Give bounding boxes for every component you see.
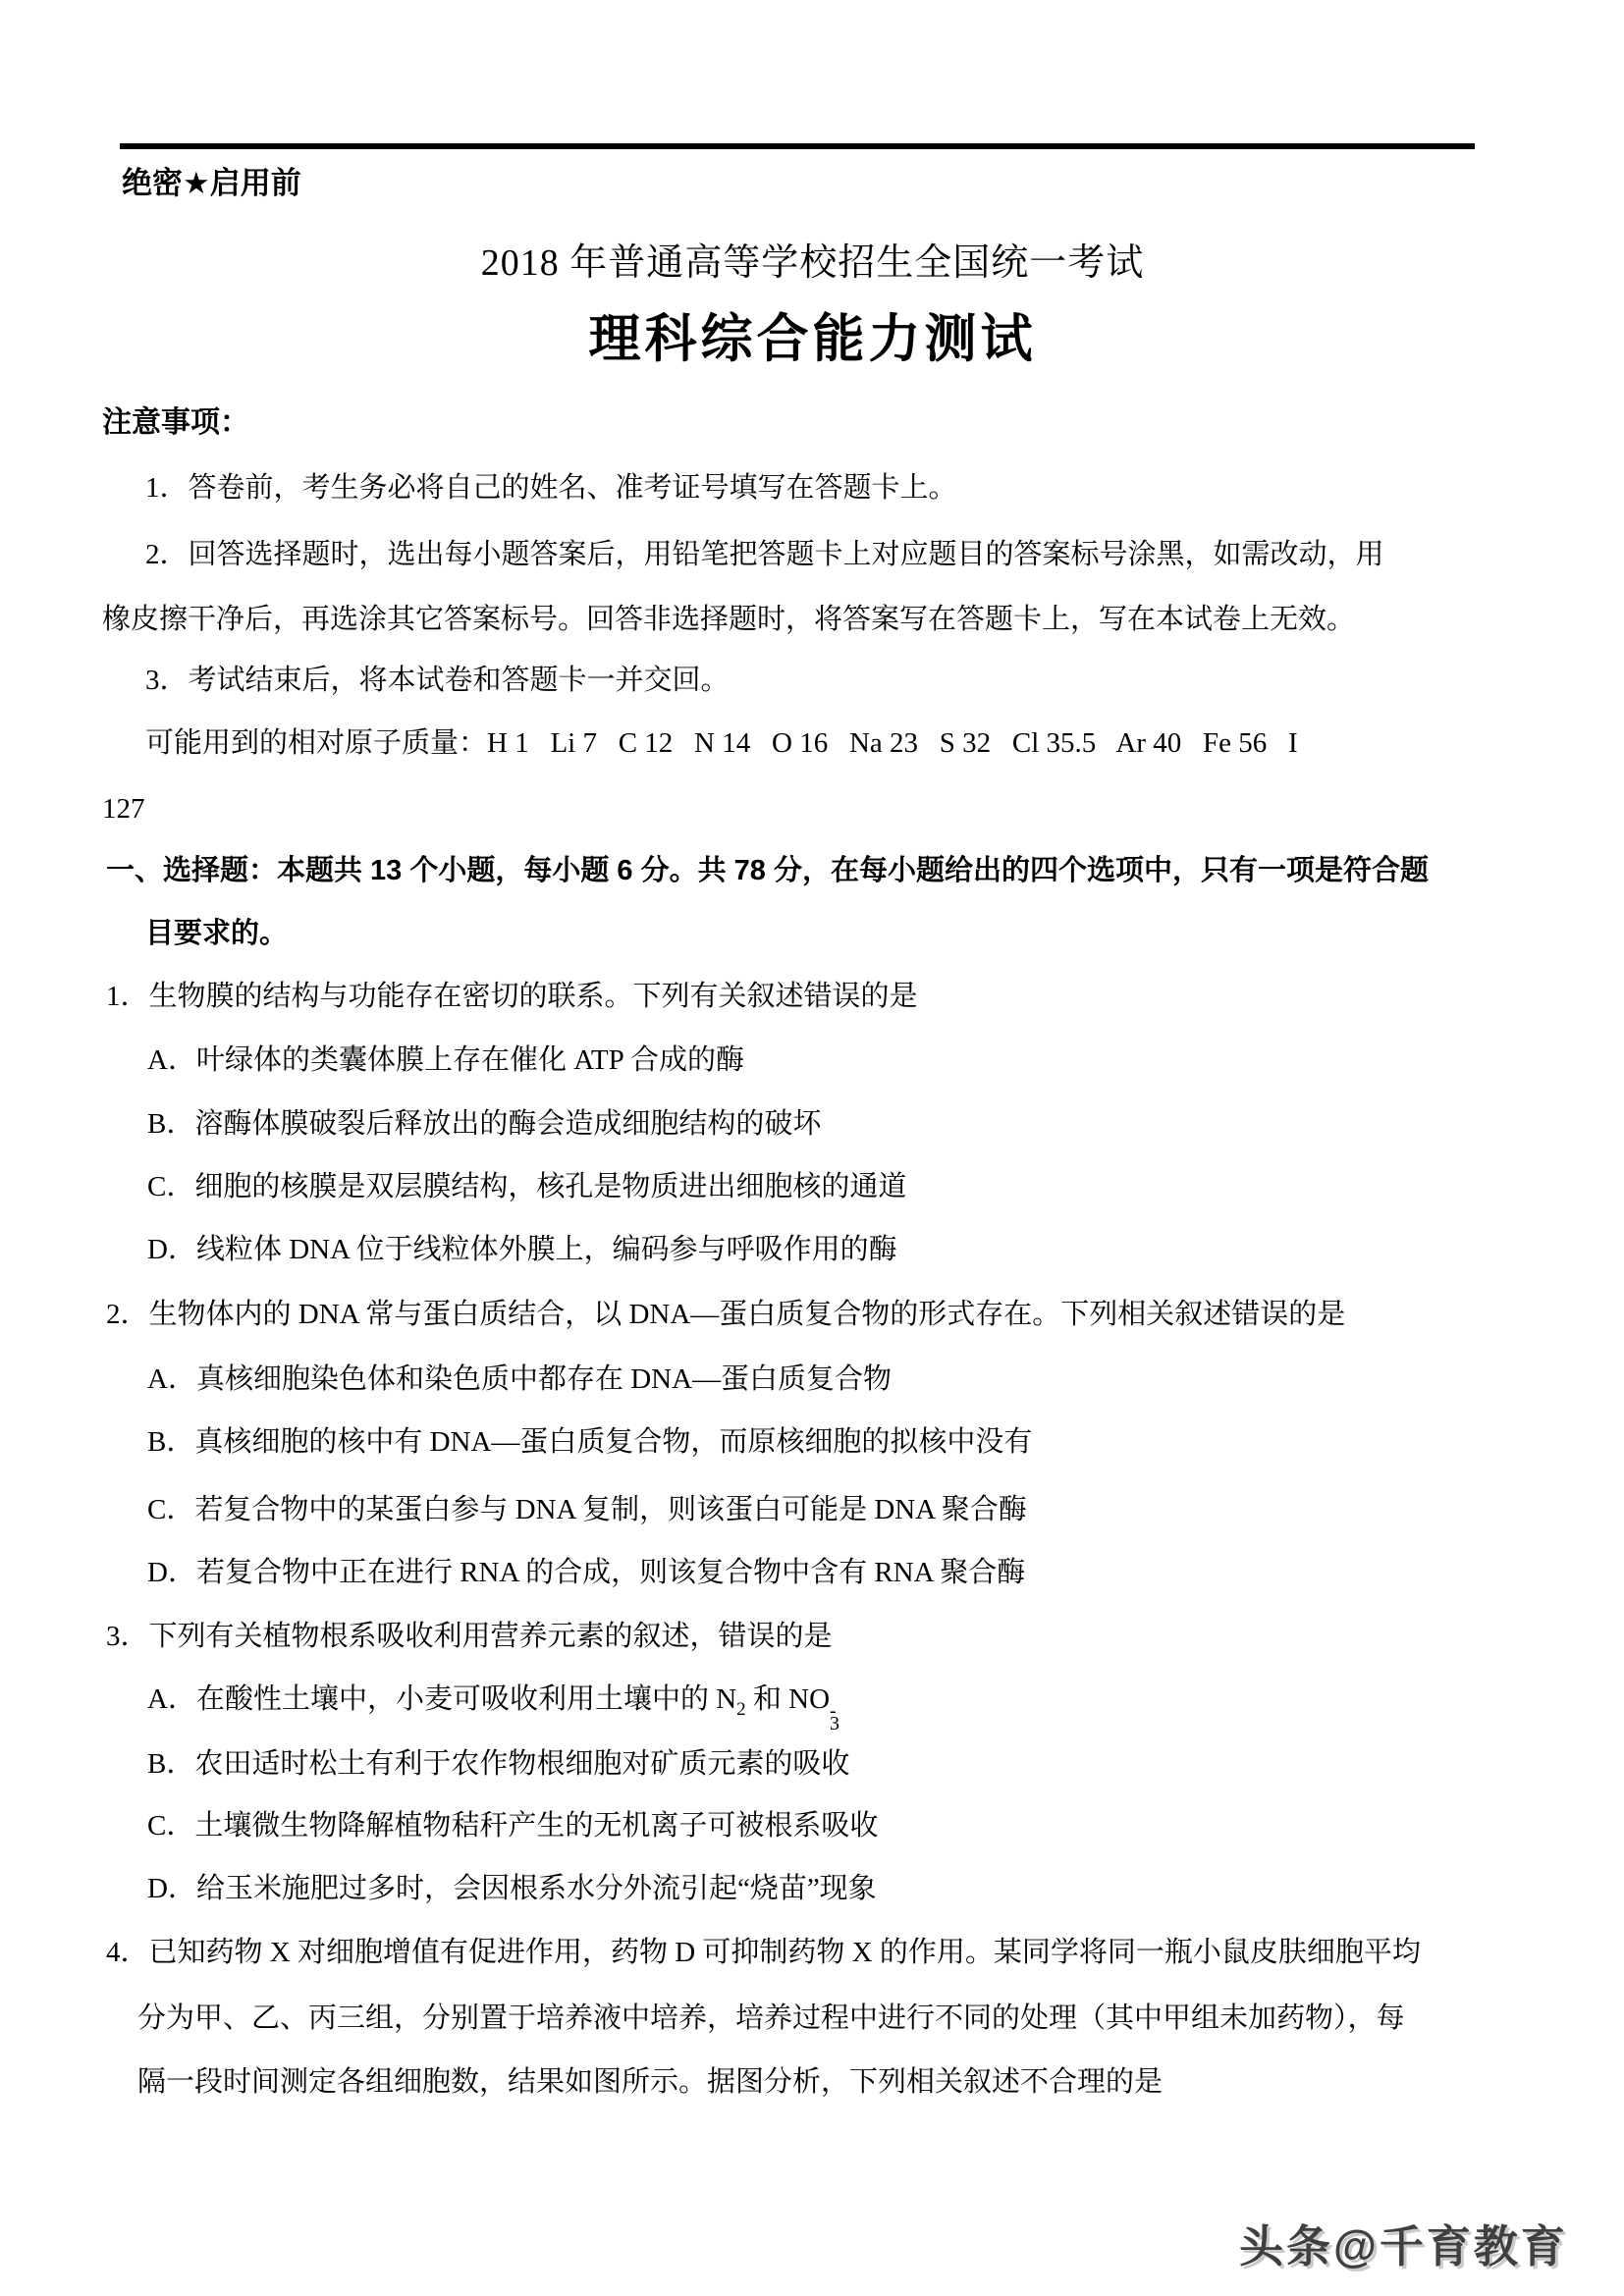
watermark: 头条@千育教育	[1239, 2211, 1568, 2274]
question-3-option-b: B．农田适时松土有利于农作物根细胞对矿质元素的吸收	[147, 1745, 849, 1783]
question-2-option-a: A．真核细胞染色体和染色质中都存在 DNA—蛋白质复合物	[147, 1361, 892, 1398]
section-heading-line1: 一、选择题：本题共 13 个小题，每小题 6 分。共 78 分，在每小题给出的四…	[106, 852, 1429, 889]
question-2-option-b: B．真核细胞的核中有 DNA—蛋白质复合物，而原核细胞的拟核中没有	[147, 1423, 1032, 1461]
question-3-option-d: D．给玉米施肥过多时，会因根系水分外流引起“烧苗”现象	[147, 1870, 877, 1907]
question-4-stem-line1: 4．已知药物 X 对细胞增值有促进作用，药物 D 可抑制药物 X 的作用。某同学…	[106, 1934, 1421, 1971]
q3a-subscript-3: 3	[830, 1718, 839, 1731]
exam-subtitle: 理科综合能力测试	[101, 306, 1524, 373]
exam-paper-page: 绝密★启用前 2018 年普通高等学校招生全国统一考试 理科综合能力测试 注意事…	[0, 0, 1624, 2296]
atomic-masses-line2: 127	[102, 790, 145, 828]
question-3-option-a: A．在酸性土壤中，小麦可吸收利用土壤中的 N2 和 NO-3	[147, 1681, 839, 1718]
atomic-masses-line1: 可能用到的相对原子质量：H 1 Li 7 C 12 N 14 O 16 Na 2…	[145, 724, 1298, 762]
notice-item-1: 1．答卷前，考生务必将自己的姓名、准考证号填写在答题卡上。	[145, 469, 957, 507]
question-1-stem: 1．生物膜的结构与功能存在密切的联系。下列有关叙述错误的是	[106, 978, 918, 1015]
notice-item-2-line2: 橡皮擦干净后，再选涂其它答案标号。回答非选择题时，将答案写在答题卡上，写在本试卷…	[102, 601, 1355, 638]
question-4-stem-line2: 分为甲、乙、丙三组，分别置于培养液中培养，培养过程中进行不同的处理（其中甲组未加…	[137, 2000, 1405, 2037]
question-2-option-c: C．若复合物中的某蛋白参与 DNA 复制，则该蛋白可能是 DNA 聚合酶	[147, 1491, 1027, 1528]
q3a-subscript-n2: 2	[736, 1699, 746, 1720]
q3a-text: A．在酸性土壤中，小麦可吸收利用土壤中的 N	[147, 1683, 736, 1715]
top-rule	[120, 143, 1475, 149]
notice-item-2-line1: 2．回答选择题时，选出每小题答案后，用铅笔把答题卡上对应题目的答案标号涂黑，如需…	[145, 536, 1384, 573]
question-1-option-d: D．线粒体 DNA 位于线粒体外膜上，编码参与呼吸作用的酶	[147, 1231, 897, 1268]
question-1-option-c: C．细胞的核膜是双层膜结构，核孔是物质进出细胞核的通道	[147, 1168, 906, 1205]
q3a-text-mid: 和 NO	[746, 1683, 830, 1715]
question-3-stem: 3．下列有关植物根系吸收利用营养元素的叙述，错误的是	[106, 1618, 833, 1655]
q3a-nitrate-charge: -3	[830, 1705, 839, 1731]
classification-label: 绝密★启用前	[122, 165, 301, 202]
question-1-option-b: B．溶酶体膜破裂后释放出的酶会造成细胞结构的破坏	[147, 1105, 821, 1143]
question-1-option-a: A．叶绿体的类囊体膜上存在催化 ATP 合成的酶	[147, 1041, 744, 1079]
notices-heading: 注意事项：	[102, 404, 249, 442]
question-4-stem-line3: 隔一段时间测定各组细胞数，结果如图所示。据图分析，下列相关叙述不合理的是	[137, 2063, 1163, 2101]
question-3-option-c: C．土壤微生物降解植物秸秆产生的无机离子可被根系吸收	[147, 1807, 878, 1844]
exam-title: 2018 年普通高等学校招生全国统一考试	[101, 239, 1524, 288]
question-2-stem: 2．生物体内的 DNA 常与蛋白质结合，以 DNA—蛋白质复合物的形式存在。下列…	[106, 1296, 1345, 1333]
section-heading-line2: 目要求的。	[145, 915, 288, 952]
question-2-option-d: D．若复合物中正在进行 RNA 的合成，则该复合物中含有 RNA 聚合酶	[147, 1554, 1025, 1591]
notice-item-3: 3．考试结束后，将本试卷和答题卡一并交回。	[145, 662, 730, 699]
